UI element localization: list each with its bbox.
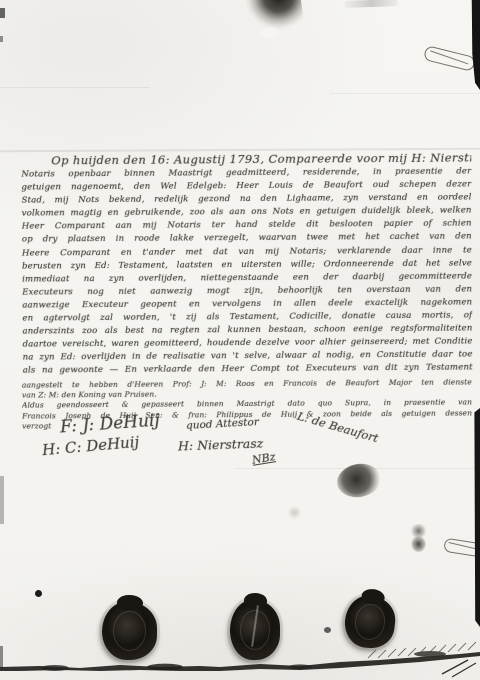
edge-mark bbox=[0, 8, 5, 18]
notary-paraph: NBz bbox=[251, 450, 276, 467]
fold-crease bbox=[0, 87, 150, 88]
edge-mark bbox=[0, 476, 4, 524]
ink-dot bbox=[35, 590, 42, 597]
smudge-mark bbox=[344, 0, 398, 8]
paper-clip-wire bbox=[430, 50, 468, 64]
ink-blot bbox=[334, 460, 383, 500]
fold-crease bbox=[330, 93, 480, 94]
paper-clip-icon bbox=[443, 538, 480, 559]
paper-clip-icon bbox=[423, 45, 476, 72]
photo-background-edge bbox=[472, 408, 480, 627]
dark-spot bbox=[410, 524, 427, 552]
edge-mark bbox=[0, 36, 3, 42]
manuscript-line: als na gewoonte — En verklaarde den Heer… bbox=[23, 363, 473, 379]
faint-spot bbox=[288, 505, 301, 520]
torn-edge bbox=[0, 640, 480, 680]
signature-notary: H: Nierstrasz bbox=[178, 436, 264, 454]
document-photo: Op huijden den 16: Augustij 1793, Compar… bbox=[0, 0, 480, 680]
ink-speck bbox=[324, 627, 331, 633]
photo-background-edge bbox=[469, 0, 480, 90]
signature-witness-2: H: C: DeHuij bbox=[41, 433, 139, 459]
manuscript-body: Op huijden den 16: Augustij 1793, Compar… bbox=[21, 150, 473, 379]
ink-stain bbox=[231, 0, 306, 40]
